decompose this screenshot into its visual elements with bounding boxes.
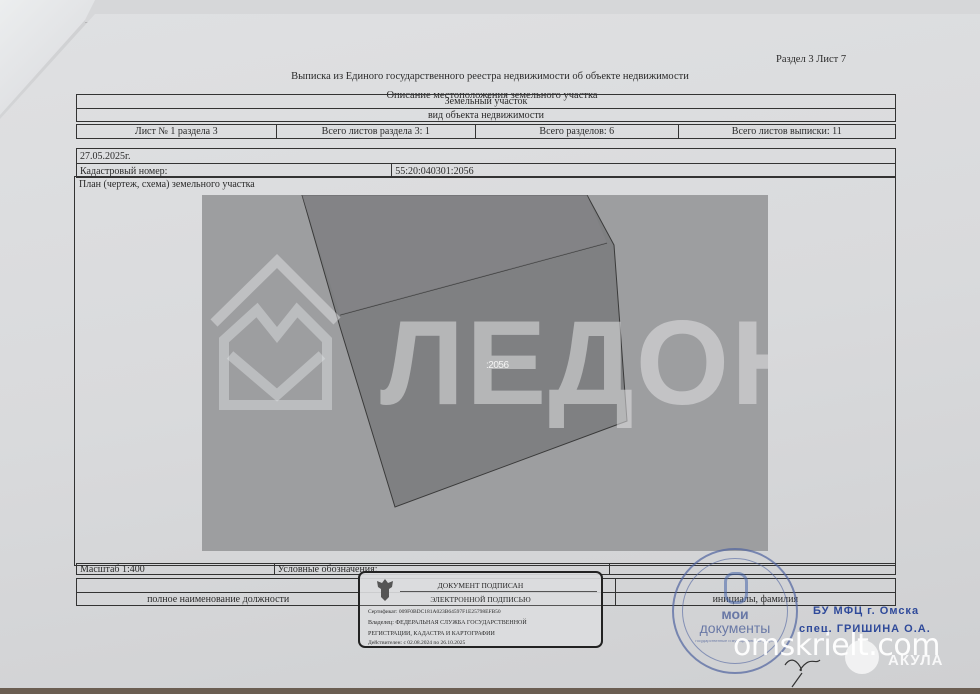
stamp-brand-1: мои	[674, 606, 796, 622]
scale-label: Масштаб 1:400	[77, 564, 275, 574]
object-type-table: Земельный участок вид объекта недвижимос…	[76, 94, 896, 122]
akula-logo-icon	[845, 640, 879, 674]
signed-line-1: ДОКУМЕНТ ПОДПИСАН	[360, 581, 601, 590]
extract-date: 27.05.2025г.	[77, 149, 895, 163]
my-documents-logo-icon	[724, 572, 748, 604]
electronic-signature-block: ДОКУМЕНТ ПОДПИСАН ЭЛЕКТРОННОЙ ПОДПИСЬЮ С…	[358, 571, 603, 648]
parcel-drawing	[202, 195, 768, 551]
position-caption: полное наименование должности	[77, 593, 360, 606]
certificate-number: Сертификат: 009F0BDC181A023B64597F1E2579…	[368, 609, 501, 615]
validity-period: Действителен: с 02.08.2024 по 26.10.2025	[368, 640, 465, 646]
object-type-value: Земельный участок	[77, 95, 895, 109]
document-title: Выписка из Единого государственного реес…	[0, 71, 980, 82]
total-sections: Всего разделов: 6	[476, 125, 679, 138]
object-type-caption: вид объекта недвижимости	[77, 109, 895, 122]
sheet-number: Лист № 1 раздела 3	[77, 125, 277, 138]
agency-watermark: АКУЛА	[888, 652, 943, 669]
plan-section: План (чертеж, схема) земельного участка …	[74, 176, 896, 566]
owner-line-2: РЕГИСТРАЦИИ, КАДАСТРА И КАРТОГРАФИИ	[368, 631, 495, 637]
mfc-stamp-line-1: БУ МФЦ г. Омска	[813, 605, 919, 617]
plan-label: План (чертеж, схема) земельного участка	[79, 179, 255, 190]
section-sheet-label: Раздел 3 Лист 7	[776, 54, 846, 65]
parcel-label: :2056	[486, 360, 509, 371]
total-section-sheets: Всего листов раздела 3: 1	[277, 125, 477, 138]
parcel-map: ЛЕДОН :2056	[202, 195, 768, 551]
owner-line-1: Владелец: ФЕДЕРАЛЬНАЯ СЛУЖБА ГОСУДАРСТВЕ…	[368, 620, 527, 626]
total-extract-sheets: Всего листов выписки: 11	[679, 125, 895, 138]
table-edge	[0, 688, 980, 694]
signed-line-2: ЭЛЕКТРОННОЙ ПОДПИСЬЮ	[360, 595, 601, 604]
sheet-info-table: Лист № 1 раздела 3 Всего листов раздела …	[76, 124, 896, 139]
cadastral-table: 27.05.2025г. Кадастровый номер: 55:20:04…	[76, 148, 896, 178]
